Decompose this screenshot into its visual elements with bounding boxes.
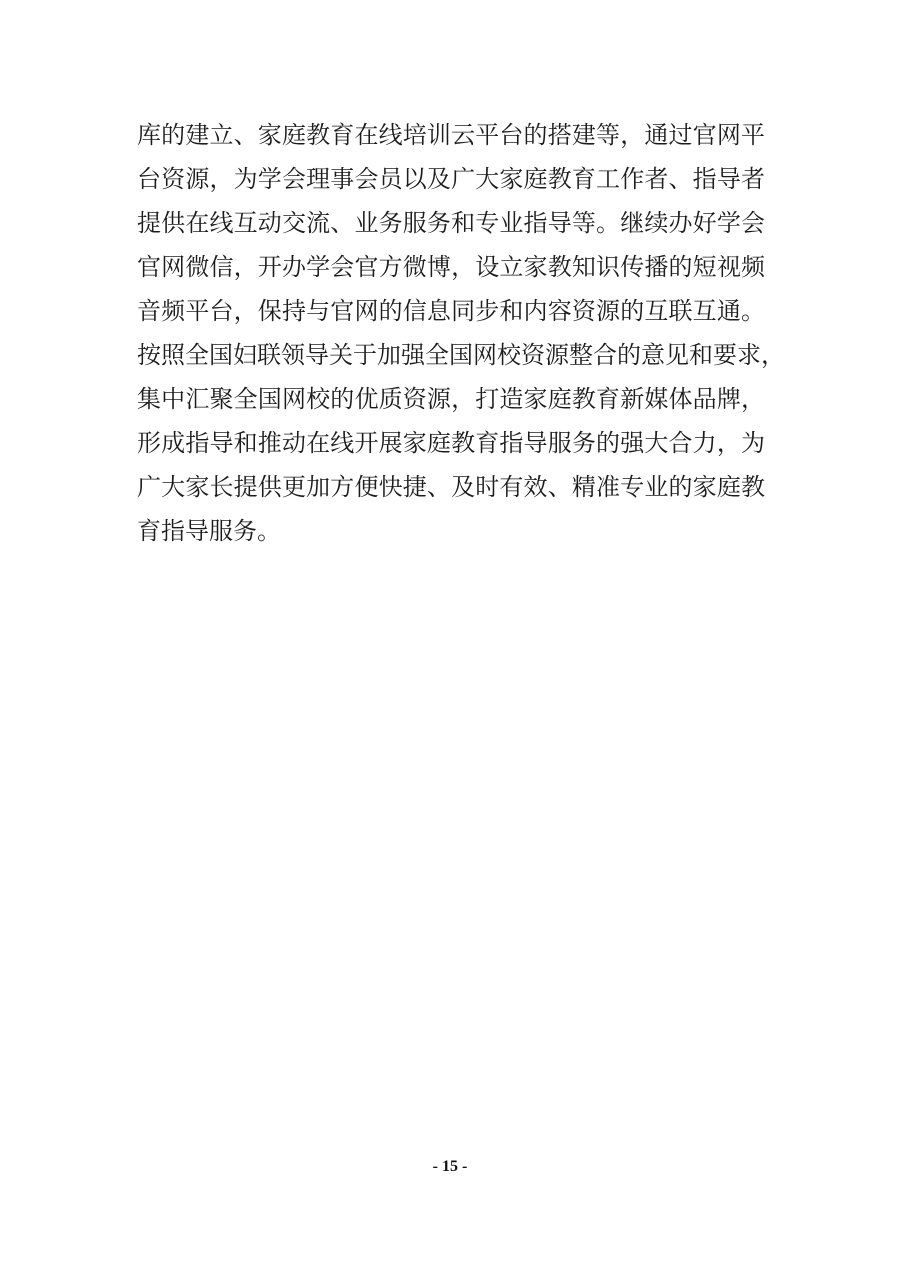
page-number: - 15 -: [0, 1158, 900, 1176]
paragraph-line: 提供在线互动交流、业务服务和专业指导等。继续办好学会: [137, 202, 765, 246]
paragraph-line: 育指导服务。: [137, 510, 765, 554]
paragraph-line: 按照全国妇联领导关于加强全国网校资源整合的意见和要求，: [137, 334, 765, 378]
paragraph-line: 库的建立、家庭教育在线培训云平台的搭建等，通过官网平: [137, 114, 765, 158]
paragraph-line: 音频平台，保持与官网的信息同步和内容资源的互联互通。: [137, 290, 765, 334]
paragraph-line: 台资源，为学会理事会员以及广大家庭教育工作者、指导者: [137, 158, 765, 202]
paragraph-block: 库的建立、家庭教育在线培训云平台的搭建等，通过官网平 台资源，为学会理事会员以及…: [137, 114, 765, 554]
paragraph-line: 广大家长提供更加方便快捷、及时有效、精准专业的家庭教: [137, 466, 765, 510]
document-page: 库的建立、家庭教育在线培训云平台的搭建等，通过官网平 台资源，为学会理事会员以及…: [0, 0, 900, 1273]
paragraph-line: 集中汇聚全国网校的优质资源，打造家庭教育新媒体品牌，: [137, 378, 765, 422]
paragraph-line: 形成指导和推动在线开展家庭教育指导服务的强大合力，为: [137, 422, 765, 466]
paragraph-line: 官网微信，开办学会官方微博，设立家教知识传播的短视频: [137, 246, 765, 290]
